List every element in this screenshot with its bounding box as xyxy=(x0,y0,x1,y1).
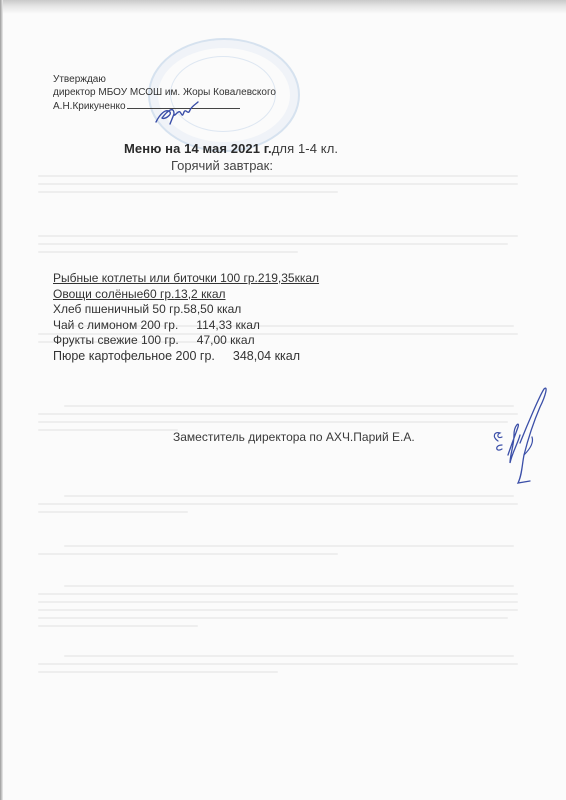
menu-item: Овощи солёные60 гр.13,2 ккал xyxy=(53,287,319,303)
menu-item-kcal: 47,00 ккал xyxy=(197,333,255,347)
bleed-line xyxy=(38,609,518,611)
bleed-line xyxy=(64,405,514,407)
menu-item-name: Пюре картофельное 200 гр. xyxy=(53,349,215,363)
bleed-line xyxy=(38,175,518,177)
bleed-line xyxy=(38,235,518,237)
director-name: А.Н.Крикуненко xyxy=(53,101,126,112)
menu-list: Рыбные котлеты или биточки 100 гр.219,35… xyxy=(53,271,319,364)
bleed-line xyxy=(38,511,188,513)
menu-item: Пюре картофельное 200 гр.348,04 ккал xyxy=(53,349,319,365)
bleed-line xyxy=(64,545,514,547)
menu-item-name: Чай с лимоном 200 гр. xyxy=(53,318,178,332)
deputy-signoff: Заместитель директора по АХЧ.Парий Е.А. xyxy=(173,430,415,444)
menu-item-kcal: 348,04 ккал xyxy=(233,349,300,363)
menu-item: Рыбные котлеты или биточки 100 гр.219,35… xyxy=(53,271,319,287)
deputy-signature xyxy=(488,383,554,495)
scan-left-edge xyxy=(0,0,3,800)
director-position: директор МБОУ МСОШ им. Жоры Ковалевского xyxy=(53,87,276,100)
menu-item: Хлеб пшеничный 50 гр.58,50 ккал xyxy=(53,302,319,318)
bleed-line xyxy=(38,593,518,595)
menu-title-grades: для 1-4 кл. xyxy=(272,141,338,156)
meal-heading: Горячий завтрак: xyxy=(171,158,273,173)
bleed-line xyxy=(64,585,514,587)
bleed-line xyxy=(38,617,508,619)
reverse-side-bleed-through xyxy=(34,175,534,735)
menu-title-date: Меню на 14 мая 2021 г. xyxy=(124,141,272,156)
bleed-line xyxy=(38,183,518,185)
bleed-line xyxy=(38,553,338,555)
bleed-line xyxy=(38,421,508,423)
bleed-line xyxy=(38,413,518,415)
approve-label: Утверждаю xyxy=(53,74,276,87)
menu-item-kcal: 219,35ккал xyxy=(258,271,319,285)
bleed-line xyxy=(38,243,508,245)
bleed-line xyxy=(38,601,518,603)
menu-item-kcal: 13,2 ккал xyxy=(174,287,225,301)
menu-item: Фрукты свежие 100 гр.47,00 ккал xyxy=(53,333,319,349)
bleed-line xyxy=(38,625,198,627)
bleed-line xyxy=(38,251,298,253)
menu-item: Чай с лимоном 200 гр.114,33 ккал xyxy=(53,318,319,334)
bleed-line xyxy=(38,503,518,505)
menu-item-kcal: 58,50 ккал xyxy=(184,302,242,316)
bleed-line xyxy=(64,655,514,657)
bleed-line xyxy=(38,429,178,431)
menu-title: Меню на 14 мая 2021 г.для 1-4 кл. xyxy=(124,141,338,156)
bleed-line xyxy=(64,495,514,497)
scan-top-edge xyxy=(0,0,566,14)
bleed-line xyxy=(38,191,338,193)
menu-item-name: Рыбные котлеты или биточки 100 гр. xyxy=(53,271,258,285)
menu-item-name: Фрукты свежие 100 гр. xyxy=(53,333,179,347)
director-signature xyxy=(152,100,200,126)
menu-item-name: Овощи солёные60 гр. xyxy=(53,287,174,301)
menu-item-name: Хлеб пшеничный 50 гр. xyxy=(53,302,184,316)
bleed-line xyxy=(38,671,278,673)
bleed-line xyxy=(38,663,518,665)
menu-item-kcal: 114,33 ккал xyxy=(196,318,260,332)
